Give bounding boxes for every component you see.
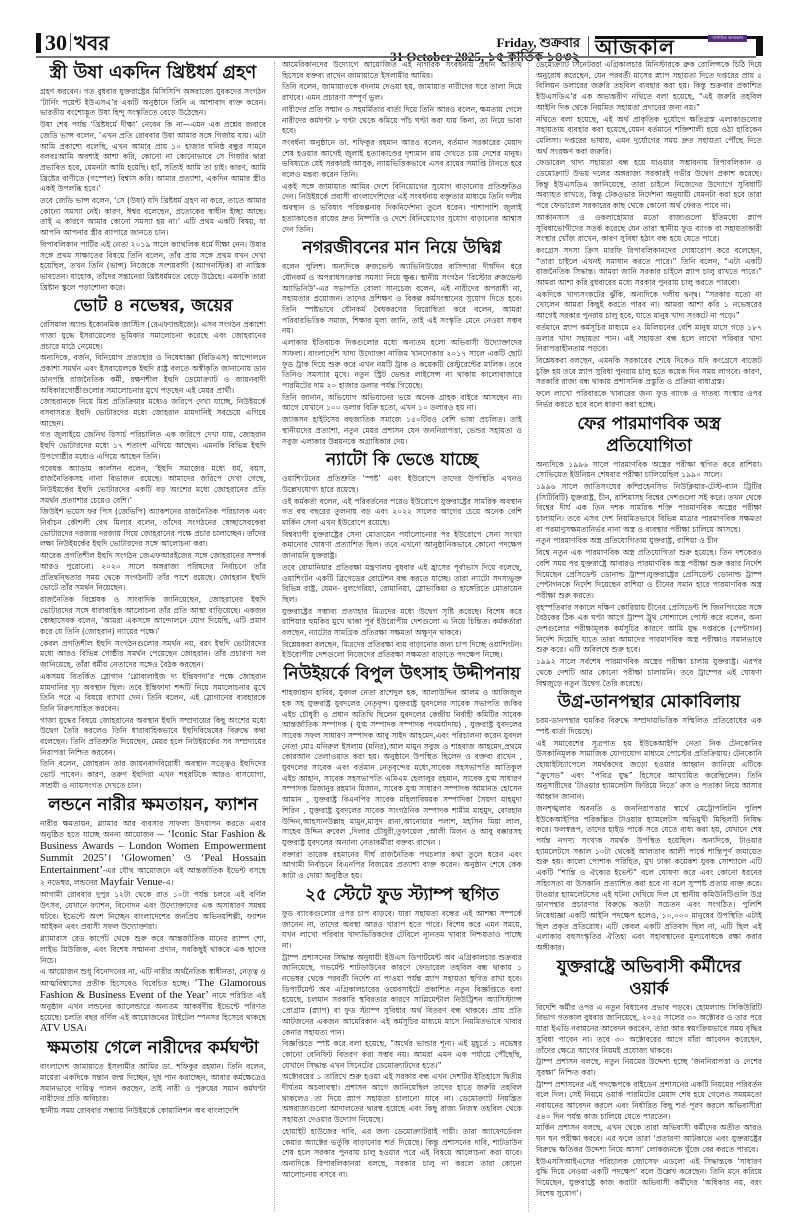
column-2: আমেরিকানদের উদ্যোগে আয়োজিত এই নাগরিক সং… [282,60,522,1220]
paragraph: উষা শেষ পর্যন্ত ‘খ্রিষ্টধর্মে দীক্ষা’ নে… [40,120,266,195]
paragraph: বাংলাদেশ জামায়াতে ইসলামীর আমির ডা. শফিক… [40,1062,266,1105]
paragraph: বর্তমানে স্ন্যাপ কর্মসূচির মাধ্যমে ৪২ মি… [536,323,762,355]
paragraph: ট্রাম্প প্রশাসনের সিদ্ধান্ত অনুযায়ী ইউএ… [282,953,522,1039]
paragraph: একই সঙ্গে জামায়াত আমির দেশে বিনিয়োগের … [282,182,522,236]
newspaper-logo: সাপ্তাহিক আজকাল আজকাল [588,36,763,56]
paragraph: আগামী রোববার দুপুর ১২টা থেকে রাত ১০টা পর… [40,890,266,933]
paragraph: অন্যদিকে, বর্জন, বিনিয়োগ প্রত্যাহার ও ন… [40,353,266,396]
paragraph: জনশৃঙ্খলার অবনতি ও জননিরাপত্তার স্বার্থে… [536,804,762,954]
headline-far-right: উগ্র-ডানপন্থার মোকাবিলায় [536,691,762,713]
paragraph: আরেক প্রগতিশীল ইহুদি সংগঠন জেএফআরইজের সঙ… [40,551,266,594]
paragraph: ফলে লাখো পরিবারকে খাবারের জন্য ফুড ব্যাং… [536,389,762,410]
paragraph: অন্যদিকে ১৯৯৬ সালে পারমাণবিক অস্ত্রের পর… [536,460,762,481]
headline-work-permit: যুক্তরাষ্ট্রে অভিবাসী কর্মীদের ওয়ার্ক [536,956,762,1000]
headline-newyork: নিউইয়র্কে বিপুল উৎসাহ উদ্দীপনায় [282,663,522,685]
paragraph: কেবল প্রগতিশীল ইহুদি সংগঠনগুলোর সমর্থন ন… [40,639,266,671]
paragraph: আর্কানসাস ও ওকলাহোমার মতো রাজ্যগুলো ইতিম… [536,213,762,245]
paragraph: বিশ্লেষকরা বলছেন, এমনকি সরকারের শেষে দিক… [536,356,762,388]
paragraph: চরম-ডানপন্থার হুমকির বিরুদ্ধে সম্প্রদায়… [536,716,762,737]
paragraph: নথিতে বলা হয়েছে, এই অর্থ প্রাকৃতিক দুর্… [536,115,762,158]
paragraph: গাজা যুদ্ধের বিষয়ে জোহরানের অবস্থান ইহু… [40,716,266,759]
headline-work-hours: ক্ষমতায় গেলে নারীদের কর্মঘণ্টা [40,1037,266,1059]
paragraph: আমেরিকানদের উদ্যোগে আয়োজিত এই নাগরিক সং… [282,60,522,81]
header-rule [36,56,756,58]
paragraph: জ্যাকসন হাইটসের বহুজাতিক সমাজে ১৫০টিরও ব… [282,415,522,447]
column-divider [274,62,276,1212]
paragraph: ওয়াশিংটনের প্রতিশ্রুতি ‘স্পষ্ট’ এবং ইউর… [282,474,522,495]
headline-city-life: নগরজীবনের মান নিয়ে উদ্বিগ্ন [282,237,522,259]
paragraph: জোহরানকে নিয়ে মিশ্র প্রতিক্রিয়ার মধ্যে… [40,397,266,429]
paragraph: তবে জেডি ভান্স বলেন, ‘সে (উষা) যদি খ্রিষ… [40,196,266,239]
paragraph: এলাকার ইতিবাচক দিকগুলোর মধ্যে অন্যতম হলো… [282,338,522,392]
paragraph: ১৯৯৬ সালে জাতিসংঘের কম্প্রিহেনসিভ নিউক্ল… [536,482,762,536]
paragraph: হোয়াইট হাউজের দাবি, এর জন্য ডেমোক্র্যাট… [282,1127,522,1181]
venue-name: Mayfair Venue [100,877,163,888]
sponsor-name: ATV USA [40,1023,84,1034]
paragraph: গত জুলাইয়ে জেনিথ রিসার্চ পরিচালিত এক জর… [40,430,266,462]
masthead: 30খবর Friday, শুক্রবার 31 October 2025, … [0,0,792,52]
paragraph: নতুন পারমাণবিক অস্ত্র প্রতিযোগিতায় যুক্… [536,536,762,547]
headline-usha: স্ত্রী উষা একদিন খ্রিষ্টধর্ম গ্রহণ [40,62,266,84]
column-1: স্ত্রী উষা একদিন খ্রিষ্টধর্ম গ্রহণ গ্রহণ… [40,60,266,1220]
paragraph: নারীদের প্রতি সম্মান ও সহমর্মিতার বার্তা… [282,105,522,137]
paragraph: বিপাবলিকান পার্টির এই নেতা ২০১৯ সালে ক্য… [40,240,266,294]
section-name: খবর [74,31,109,55]
paragraph: স্থানীয় সময় রোববার সন্ধ্যায় নিউইয়র্ক… [40,1106,266,1117]
paragraph: বলেন পুলিশ। অন্যদিকে রুজভেল্ট অ্যাভিনিউয… [282,262,522,337]
text: -এ। [162,878,173,887]
paragraph: বক্তারা তারেক রহমানের দীর্ঘ রাজনৈতিক পথচ… [282,850,522,882]
paragraph: তিনি বলেন, জামায়াতকে বদনাম দেওয়া হয়, … [282,82,522,103]
paragraph: জিউইশ ভয়েস ফর পিস (জেভিপি) অ্যাকশনের রা… [40,507,266,550]
paragraph: ডেমোক্র্যাট সিনেটররা এগ্রিকালচার মিনিস্ট… [536,60,762,114]
paragraph: একসময় বিতর্কিত স্লোগান ‘গ্লোবালাইজ দ্য … [40,672,266,715]
paragraph: গ্রহণ করবেন। গত বুধবার যুক্তরাষ্ট্রের মি… [40,87,266,119]
paragraph: বৃহস্পতিবার সকালে দক্ষিণ কোরিয়ায় চীনের… [536,603,762,657]
paragraph: ইউএসসিআইএসের পরিচালক জোসেফ এডলো এই সিদ্ধ… [536,1157,762,1200]
paragraph: সংবর্ধনা অনুষ্ঠানে ডা. শফিকুর রহমান আরও … [282,138,522,181]
paragraph: ওই কর্মকর্তা বলেন, এই পরিবর্তনের পরেও ইউ… [282,497,522,529]
headline-vote: ভোট ৪ নভেম্বর, জয়ের [40,295,266,317]
day: Friday, শুক্রবার [390,36,580,50]
divider [70,33,71,51]
paragraph: অক্টোবরের ১ তারিখে শুরু হওয়া এই সরকার ব… [282,1072,522,1126]
paragraph: ১৯৯২ সালে সর্বশেষ পারমাণবিক অস্ত্রের পরী… [536,657,762,689]
headline-food-stamp: ২৫ স্টেটে ফুড স্ট্যাম্প স্থগিত [282,884,522,906]
paragraph: ট্রাম্প প্রশাসনের এই পদক্ষেপকে বাইডেন প্… [536,1080,762,1123]
paragraph: বিশ্বে নতুন এক পারমাণবিক অস্ত্র প্রতিযোগ… [536,548,762,602]
paragraph: বিশ্বব্যাপী যুক্তরাষ্ট্রের সেনা মোতায়েন… [282,530,522,562]
logo-edge [756,36,763,56]
paragraph: যুক্তরাষ্ট্রের সম্ভাব্য প্রত্যাহার মিত্র… [282,607,522,639]
paragraph: ট্রাম্প প্রশাসন বলছে, নতুন নিয়মের উদ্দে… [536,1057,762,1078]
paragraph: কংগ্রেস সদস্য ক্রিস মারফি রিপাবলিকানদের … [536,246,762,289]
text: । [84,1024,87,1033]
paragraph: নারীর ক্ষমতায়ন, গ্ল্যামার আর ব্যবসার সা… [40,819,266,890]
paragraph: বিশ্লেষকরা বলছেন, মিত্রদের প্রতিরক্ষা ব্… [282,640,522,661]
paragraph: রেসিয়াল অ্যান্ড ইকোনমিক জাস্টিস (রেএফ্য… [40,320,266,352]
paragraph: মার্কিন প্রশাসন বলছে, এখন থেকে তারা অভিব… [536,1123,762,1155]
paragraph: রাজনৈতিক বিশ্লেষক ও সাংবাদিক জানিয়েছেন,… [40,595,266,638]
page-number: 30 [45,30,67,55]
paragraph: ফুড ব্যাংকগুলোর ওপর চাপ বাড়বে। যারা সহা… [282,909,522,952]
headline-nato: ন্যাটো কি ভেঙে যাচ্ছে [282,449,522,471]
paragraph: তবে রোমানিয়ার প্রতিরক্ষা মন্ত্রণালয় বু… [282,563,522,606]
headline-nuclear: ফের পারমাণবিক অস্ত্র প্রতিযোগিতা [536,413,762,457]
column-3: ডেমোক্র্যাট সিনেটররা এগ্রিকালচার মিনিস্ট… [536,60,762,1220]
paragraph: গ্ল্যামারাস রেড কার্পেট থেকে শুরু করে আন… [40,934,266,966]
page-number-block: 30খবর [36,33,109,53]
paragraph: বিদেশি কর্মীর ওপর এ নতুন বিধানের প্রভাব … [536,1003,762,1057]
paragraph: শাহজাহান হাবিব, যুবদল নেতা রাশেদুল হক, আ… [282,688,522,849]
paragraph: বিজ্ঞপ্তিতে স্পষ্ট করে বলা হয়েছে, “অর্থ… [282,1039,522,1071]
paragraph: ফেডারেল খাদ্য সহায়তা বন্ধ হয়ে যাওয়ার … [536,158,762,212]
paragraph: তিনি বলেন, জোহরান তার জায়নবাদবিরোধী অবস… [40,759,266,791]
paragraph: তিনি জানান, অভিযোগ অভিযানের ভয়ে অনেক গ্… [282,393,522,414]
paragraph: একদিকে খাদ্যসংকটের ঝুঁকি, অন্যদিকে দলীয়… [536,290,762,322]
paragraph: গবেষক অ্যাডাম কার্লসন বলেন, ‘ইহুদি সমাজে… [40,464,266,507]
logo-tag: সাপ্তাহিক আজকাল [708,35,747,42]
paragraph: এ আয়োজন শুধু বিনোদনের না, এটি নারীর অর্… [40,967,266,1035]
column-divider [528,62,530,1212]
headline-london: লন্ডনে নারীর ক্ষমতায়ন, ফ্যাশন [40,794,266,816]
paragraph: এই সমাবেশের সূত্রপাত হয় ইউকেআইপি নেতা ন… [536,739,762,803]
